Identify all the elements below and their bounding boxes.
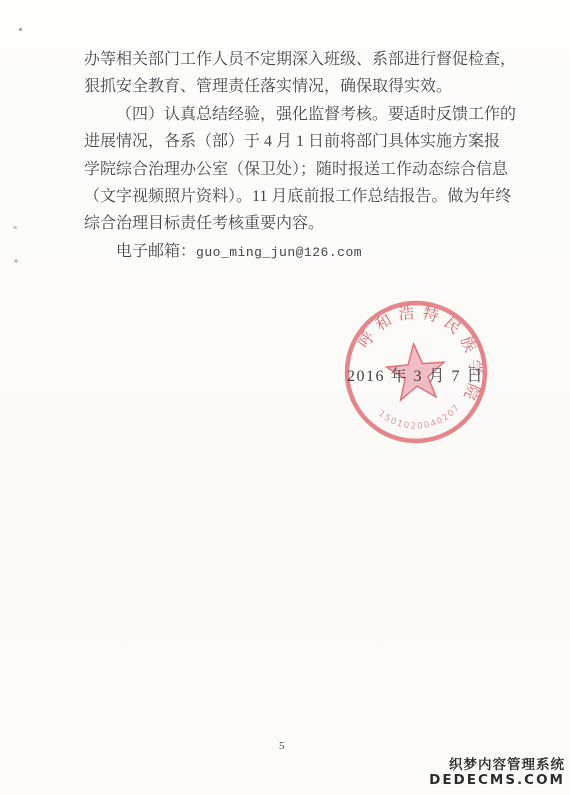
email-label: 电子邮箱： (116, 243, 196, 260)
watermark-domain-text: DEDECMS.COM (429, 773, 565, 788)
scanned-document-page: 办等相关部门工作人员不定期深入班级、系部进行督促检查， 狠抓安全教育、管理责任落… (0, 0, 570, 795)
email-line: 电子邮箱：guo_ming_jun@126.com (84, 238, 524, 266)
body-line: 狠抓安全教育、管理责任落实情况，确保取得实效。 (84, 73, 524, 100)
body-line: 综合治理目标责任考核重要内容。 (84, 210, 524, 237)
page-number: 5 (279, 740, 285, 752)
document-body: 办等相关部门工作人员不定期深入班级、系部进行督促检查， 狠抓安全教育、管理责任落… (84, 46, 524, 266)
email-address: guo_ming_jun@126.com (196, 245, 362, 260)
scan-speck (19, 28, 22, 31)
scan-speck (13, 226, 17, 229)
body-line: （四）认真总结经验，强化监督考核。要适时反馈工作的 (84, 101, 524, 128)
cms-watermark: 织梦内容管理系统 DEDECMS.COM (429, 758, 565, 788)
body-line: 学院综合治理办公室（保卫处）；随时报送工作动态综合信息 (84, 156, 524, 183)
scan-speck (14, 259, 18, 263)
watermark-chinese-text: 织梦内容管理系统 (429, 758, 565, 773)
body-line: 进展情况，各系（部）于 4 月 1 日前将部门具体实施方案报 (84, 128, 524, 155)
body-line: （文字视频照片资料）。11 月底前报工作总结报告。做为年终 (84, 183, 524, 210)
body-line: 办等相关部门工作人员不定期深入班级、系部进行督促检查， (84, 46, 524, 73)
document-date: 2016 年 3 月 7 日 (347, 363, 484, 386)
